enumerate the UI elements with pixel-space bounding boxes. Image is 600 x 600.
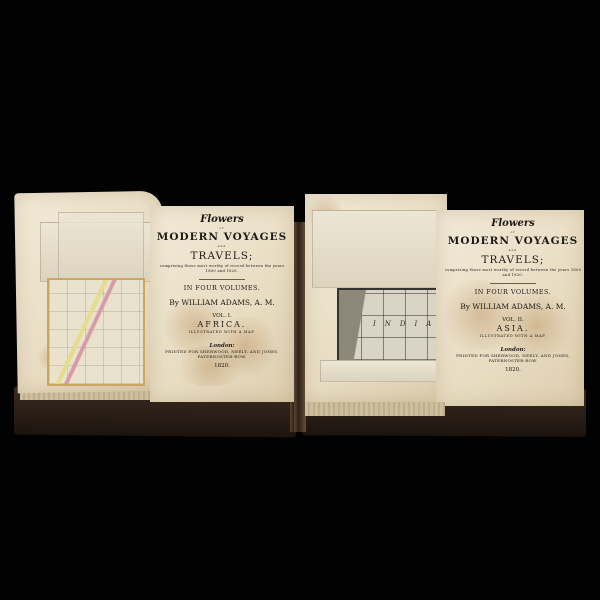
volumes-note: IN FOUR VOLUMES. <box>154 284 290 292</box>
divider <box>490 283 536 284</box>
title-line-1: MODERN VOYAGES <box>442 235 584 247</box>
author: By WILLIAM ADAMS, A. M. <box>154 298 290 307</box>
map-fold-vol1 <box>58 212 144 282</box>
author: By WILLIAM ADAMS, A. M. <box>442 302 584 311</box>
title-line-2: TRAVELS; <box>442 254 584 266</box>
volumes-note: IN FOUR VOLUMES. <box>442 288 584 296</box>
connector-of: of <box>154 226 290 230</box>
year: 1820. <box>442 367 584 373</box>
connector-of: of <box>442 230 584 234</box>
volume-number: VOL. I. <box>154 313 290 319</box>
map-asia: INDIAN <box>337 288 449 362</box>
divider <box>199 279 245 280</box>
illustrated-note: ILLUSTRATED WITH A MAP. <box>442 334 584 338</box>
map-africa <box>47 278 145 386</box>
photo-scene: Flowers of MODERN VOYAGES and TRAVELS; c… <box>0 0 600 600</box>
subtitle: comprising those most worthy of record b… <box>154 264 290 274</box>
map-flap-vol2 <box>312 210 446 288</box>
subtitle: comprising those most worthy of record b… <box>442 268 584 278</box>
map-fold-lower-vol2 <box>320 360 448 382</box>
title-text-vol1: Flowers of MODERN VOYAGES and TRAVELS; c… <box>154 214 290 369</box>
volume-number: VOL. II. <box>442 317 584 323</box>
series-prefix: Flowers <box>442 218 584 229</box>
year: 1820. <box>154 363 290 369</box>
series-prefix: Flowers <box>154 214 290 225</box>
title-line-2: TRAVELS; <box>154 250 290 262</box>
title-text-vol2: Flowers of MODERN VOYAGES and TRAVELS; c… <box>442 218 584 373</box>
connector-and: and <box>442 248 584 252</box>
connector-and: and <box>154 244 290 248</box>
illustrated-note: ILLUSTRATED WITH A MAP. <box>154 330 290 334</box>
region: ASIA. <box>442 324 584 333</box>
title-line-1: MODERN VOYAGES <box>154 231 290 243</box>
printer: PRINTED FOR SHERWOOD, NEELY, AND JONES, … <box>442 353 584 363</box>
page-edges-vol2-left <box>305 402 445 416</box>
printer: PRINTED FOR SHERWOOD, NEELY, AND JONES, … <box>154 349 290 359</box>
region: AFRICA. <box>154 320 290 329</box>
